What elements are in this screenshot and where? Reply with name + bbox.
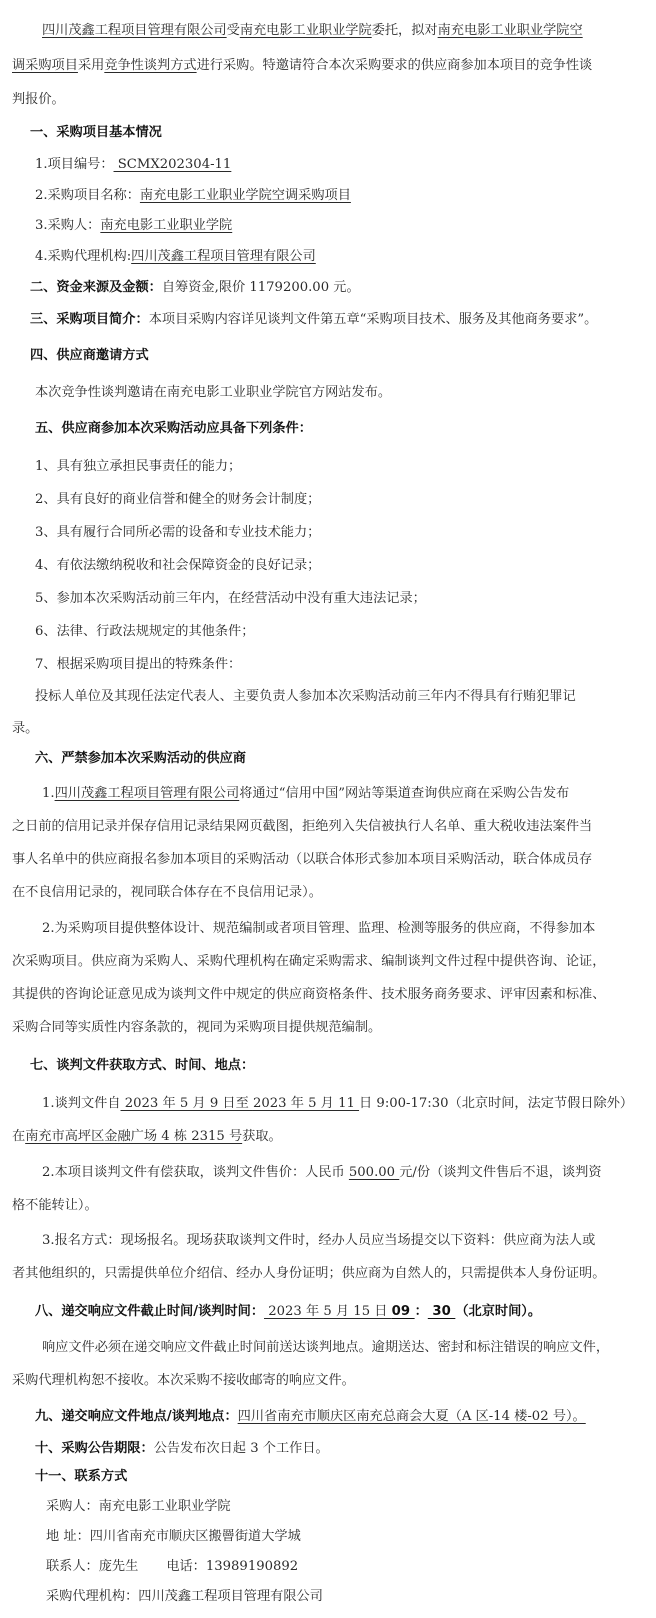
submission-address: 四川省南充市顺庆区南充总商会大夏（A 区-14 楼-02 号）。 (238, 1409, 586, 1424)
deadline-hour: 09 (392, 1304, 415, 1319)
project-name-part-2: 调采购项目 (12, 58, 78, 73)
condition-7: 7、根据采购项目提出的特殊条件： (35, 656, 241, 674)
intro-line-3: 判报价。 (12, 91, 65, 109)
start-date: 2023 年 5 月 9 日至 (121, 1096, 253, 1111)
intro-line-1: 四川茂鑫工程项目管理有限公司受南充电影工业职业学院委托，拟对南充电影工业职业学院… (42, 22, 583, 40)
s8-text-line-1: 响应文件必须在递交响应文件截止时间前送达谈判地点。逾期送达、密封和标注错误的响应… (42, 1339, 609, 1357)
section-5-title: 五、供应商参加本次采购活动应具备下列条件： (35, 420, 312, 438)
s6-p1-line-2: 之日前的信用记录并保存信用记录结果网页截图，拒绝列入失信被执行人名单、重大税收违… (12, 818, 592, 836)
purchaser-phone: 电话：13989190892 (166, 1559, 298, 1574)
document-price: 500.00 (349, 1165, 399, 1180)
s8-text-line-2: 采购代理机构恕不接收。本次采购不接收邮寄的响应文件。 (12, 1372, 355, 1390)
condition-4: 4、有依法缴纳税收和社会保障资金的良好记录； (35, 557, 320, 575)
section-7-title: 七、谈判文件获取方式、时间、地点： (30, 1057, 254, 1075)
condition-6: 6、法律、行政法规规定的其他条件； (35, 623, 254, 641)
s7-p3-line-1: 3.报名方式：现场报名。现场获取谈判文件时，经办人员应当场提交以下资料：供应商为… (42, 1232, 595, 1250)
purchaser-name: 南充电影工业职业学院 (240, 23, 372, 38)
purchaser: 3.采购人：南充电影工业职业学院 (35, 217, 232, 235)
procurement-agency: 4.采购代理机构:四川茂鑫工程项目管理有限公司 (35, 248, 316, 266)
s6-p1-line-3: 事人名单中的供应商报名参加本项目的采购活动（以联合体形式参加本项目采购活动，联合… (12, 851, 592, 869)
intro-line-2: 调采购项目采用竞争性谈判方式进行采购。特邀请符合本次采购要求的供应商参加本项目的… (12, 57, 592, 75)
section-6-title: 六、严禁参加本次采购活动的供应商 (35, 750, 246, 768)
s6-p2-line-4: 采购合同等实质性内容条款的，视同为采购项目提供规范编制。 (12, 1019, 381, 1037)
contact-purchaser-address: 地 址：四川省南充市顺庆区搬罾街道大学城 (46, 1528, 301, 1546)
contact-agency: 采购代理机构：四川茂鑫工程项目管理有限公司 (46, 1588, 323, 1606)
end-date: 2023 年 5 月 11 (253, 1096, 359, 1111)
section-9: 九、递交响应文件地点/谈判地点：四川省南充市顺庆区南充总商会大夏（A 区-14 … (35, 1408, 586, 1426)
section-4-title: 四、供应商邀请方式 (30, 347, 149, 365)
s7-p1-line-2: 在南充市高坪区金融广场 4 栋 2315 号获取。 (12, 1128, 282, 1146)
section-3: 三、采购项目简介：本项目采购内容详见谈判文件第五章“采购项目技术、服务及其他商务… (30, 311, 597, 329)
section-10: 十、采购公告期限：公告发布次日起 3 个工作日。 (35, 1440, 329, 1458)
section-4-text: 本次竞争性谈判邀请在南充电影工业职业学院官方网站发布。 (35, 384, 391, 402)
contact-purchaser-person: 联系人：庞先生电话：13989190892 (46, 1558, 298, 1576)
condition-1: 1、具有独立承担民事责任的能力； (35, 458, 241, 476)
section-8: 八、递交响应文件截止时间/谈判时间： 2023 年 5 月 15 日 09 ： … (35, 1303, 541, 1321)
section-1-title: 一、采购项目基本情况 (30, 124, 162, 142)
s7-p2-line-2: 格不能转让）。 (12, 1197, 98, 1215)
s6-p2-line-2: 次采购项目。供应商为采购人、采购代理机构在确定采购需求、编制谈判文件过程中提供咨… (12, 953, 605, 971)
s6-p2-line-1: 2.为采购项目提供整体设计、规范编制或者项目管理、监理、检测等服务的供应商，不得… (42, 920, 595, 938)
pickup-address: 南充市高坪区金融广场 4 栋 2315 号 (25, 1129, 242, 1144)
special-condition-line-1: 投标人单位及其现任法定代表人、主要负责人参加本次采购活动前三年内不得具有行贿犯罪… (35, 688, 576, 706)
s7-p2-line-1: 2.本项目谈判文件有偿获取，谈判文件售价：人民币 500.00 元/份（谈判文件… (42, 1164, 602, 1182)
condition-5: 5、参加本次采购活动前三年内，在经营活动中没有重大违法记录； (35, 590, 426, 608)
agency-name: 四川茂鑫工程项目管理有限公司 (42, 23, 227, 38)
s6-p1-line-4: 在不良信用记录的，视同联合体存在不良信用记录）。 (12, 884, 322, 902)
contact-purchaser: 采购人：南充电影工业职业学院 (46, 1498, 231, 1516)
deadline-date: 2023 年 5 月 15 日 (264, 1304, 392, 1319)
procurement-method: 竞争性谈判方式 (104, 58, 196, 73)
s7-p3-line-2: 者其他组织的，只需提供单位介绍信、经办人身份证明；供应商为自然人的，只需提供本人… (12, 1265, 605, 1283)
s6-p1-line-1: 1.四川茂鑫工程项目管理有限公司将通过“信用中国”网站等渠道查询供应商在采购公告… (42, 785, 569, 803)
project-title: 2.采购项目名称：南充电影工业职业学院空调采购项目 (35, 187, 351, 205)
section-2: 二、资金来源及金额：自筹资金,限价 1179200.00 元。 (30, 279, 360, 297)
deadline-minute: 30 (428, 1304, 456, 1319)
project-name-part-1: 南充电影工业职业学院空 (438, 23, 583, 38)
section-11-title: 十一、联系方式 (35, 1468, 127, 1486)
special-condition-line-2: 录。 (12, 720, 38, 738)
s6-p2-line-3: 其提供的咨询论证意见成为谈判文件中规定的供应商资格条件、技术服务商务要求、评审因… (12, 986, 605, 1004)
condition-3: 3、具有履行合同所必需的设备和专业技术能力； (35, 524, 320, 542)
project-number: 1.项目编号： SCMX202304-11 (35, 156, 231, 174)
condition-2: 2、具有良好的商业信誉和健全的财务会计制度； (35, 491, 320, 509)
s7-p1-line-1: 1.谈判文件自 2023 年 5 月 9 日至 2023 年 5 月 11 日 … (42, 1095, 633, 1113)
